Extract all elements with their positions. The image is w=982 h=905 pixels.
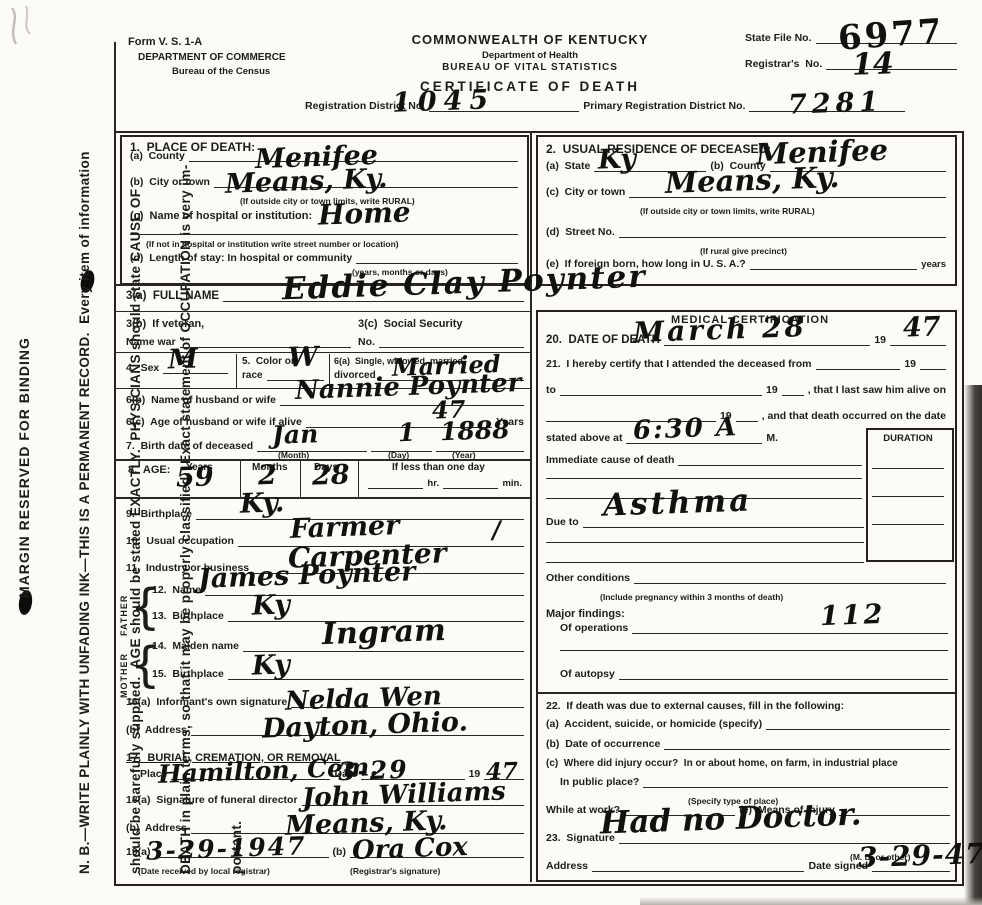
spouse-label: 6(b) Name of husband or wife (126, 394, 276, 406)
due-to-value: Asthma (603, 485, 753, 521)
age-years-value: 59 (176, 463, 214, 491)
certify-row-3: 19 , and that death occurred on the date (546, 410, 946, 422)
residence-city-label: (c) City or town (546, 186, 625, 198)
immediate-cause-line (678, 463, 862, 466)
operations-row: Of operations (560, 622, 948, 634)
immediate-cause-label: Immediate cause of death (546, 454, 674, 466)
autopsy-line (619, 677, 948, 680)
autopsy-label: Of autopsy (560, 668, 615, 680)
certify-text-2: , that I last saw him alive on (808, 384, 946, 396)
signature-address-label: Address (546, 860, 588, 872)
certify-text-1: 21. I hereby certify that I attended the… (546, 358, 812, 370)
scan-bottom-shadow (640, 897, 982, 905)
due-blank-line-2 (546, 562, 864, 563)
birthplace-label: 9. Birthplace (126, 508, 192, 520)
foreign-born-suffix: years (921, 259, 946, 270)
operations-label: Of operations (560, 622, 628, 634)
occurrence-date-row: (b) Date of occurrence (546, 738, 950, 750)
certify-row-2: to 19 , that I last saw him alive on (546, 384, 946, 396)
age-days-divider (358, 459, 359, 497)
occurrence-date-line (664, 747, 950, 750)
operations-value: 112 (820, 601, 886, 630)
certify-year-line-2 (782, 393, 804, 396)
major-findings-label: Major findings: (546, 608, 625, 620)
state-file-label: State File No. (745, 32, 812, 44)
date-of-death-year-line (890, 343, 946, 346)
other-conditions-label: Other conditions (546, 572, 630, 584)
street-no-note: (If rural give precinct) (700, 246, 787, 256)
age-less-label: If less than one day (392, 462, 485, 473)
age-min-line (443, 486, 498, 489)
external-section-divider (536, 692, 957, 694)
certify-text-3: , and that death occurred on the date (762, 410, 946, 422)
duration-line-3 (872, 524, 944, 525)
registrar-no-value: 14 (851, 49, 894, 80)
date-of-death-value: March 28 (633, 313, 808, 347)
public-place-row: In public place? (560, 776, 948, 788)
duration-label: DURATION (866, 433, 950, 444)
received-date-value: 3-29-1947 (146, 833, 307, 864)
mother-maiden-label: 14. Maiden name (152, 640, 239, 652)
stay-row: (d) Length of stay: In hospital or commu… (130, 252, 518, 264)
cause-blank-line-1 (546, 478, 862, 479)
public-place-label: In public place? (560, 776, 639, 788)
residence-state-value: Ky (598, 145, 637, 173)
bureau-of-census: Bureau of the Census (172, 66, 270, 77)
occurrence-date-label: (b) Date of occurrence (546, 738, 660, 750)
foreign-born-line (750, 267, 917, 270)
signature-address-line (592, 869, 804, 872)
social-security-label: 3(c) Social Security (358, 318, 463, 330)
ss-no-line (379, 345, 524, 348)
margin-nb-line1: N. B.—WRITE PLAINLY WITH UNFADING INK—TH… (78, 151, 93, 874)
other-conditions-row: Other conditions (546, 572, 946, 584)
certify-year-2: 19 (766, 384, 778, 396)
certify-line-1 (816, 367, 901, 370)
stated-above-label: stated above at (546, 432, 622, 444)
funeral-director-label: 18(a) Signature of funeral director (126, 794, 298, 806)
sex-value: M (168, 345, 199, 373)
birth-day-value: 1 (398, 420, 416, 446)
immediate-cause-row: Immediate cause of death (546, 454, 862, 466)
death-certificate-scan: MARGIN RESERVED FOR BINDING N. B.—WRITE … (0, 0, 982, 905)
hospital-value: Home (318, 198, 411, 229)
full-name-label: 3(a) FULL NAME (126, 290, 219, 302)
duration-line-1 (872, 468, 944, 469)
department-of-health: Department of Health (380, 50, 680, 61)
certify-year-line-3 (736, 419, 758, 422)
hospital-label: (c) Name of hospital or institution: (130, 210, 312, 222)
age-hr-min-row: hr. min. (368, 478, 522, 489)
age-days-value: 28 (312, 461, 350, 489)
time-of-death-value: 6:30 A (633, 414, 739, 444)
occupation-label: 10. Usual occupation (126, 535, 234, 547)
stay-label: (d) Length of stay: In hospital or commu… (130, 252, 352, 264)
father-birthplace-label: 13. Birthplace (152, 610, 224, 622)
city-value: Means, Ky. (225, 165, 388, 198)
other-conditions-line (634, 581, 946, 584)
registrar-no-label: Registrar's No. (745, 58, 822, 70)
scan-edge-shadow (964, 385, 982, 905)
age-row-bottom-line (114, 497, 530, 499)
department-of-commerce: DEPARTMENT OF COMMERCE (138, 52, 286, 63)
sex-label: 4. Sex (126, 362, 159, 374)
registrar-signature-value: Ora Cox (352, 834, 469, 864)
usual-residence-title: 2. USUAL RESIDENCE OF DECEASED: (546, 142, 771, 156)
commonwealth-title: COMMONWEALTH OF KENTUCKY (380, 32, 680, 47)
street-no-row: (d) Street No. (546, 226, 946, 238)
primary-district-value: 7281 (788, 88, 884, 118)
physician-signature-value: Had no Doctor. (600, 799, 862, 839)
father-birthplace-value: Ky (252, 591, 291, 619)
primary-district-label: Primary Registration District No. (583, 100, 745, 112)
name-war-line (180, 345, 351, 348)
father-name-value: James Poynter (198, 558, 416, 593)
color-race-label-1: 5. Color or (242, 356, 295, 367)
certify-to-label: to (546, 384, 556, 396)
birth-year-line (436, 449, 524, 452)
sex-cell-divider (236, 354, 237, 388)
age-min-label: min. (502, 478, 522, 489)
birth-year-value: 1888 (440, 417, 510, 444)
accident-label: (a) Accident, suicide, or homicide (spec… (546, 718, 762, 730)
hospital-line (130, 234, 518, 235)
autopsy-row: Of autopsy (560, 668, 948, 680)
received-date-note: (Date received by local registrar) (138, 866, 270, 876)
certify-year-line-1 (920, 367, 946, 370)
mother-birthplace-label: 15. Birthplace (152, 668, 224, 680)
county-label: (a) County (130, 150, 185, 162)
ss-no-row: No. (358, 336, 524, 348)
left-border-line (114, 42, 116, 134)
registrar-signature-note: (Registrar's signature) (350, 866, 440, 876)
bureau-vital-statistics: BUREAU OF VITAL STATISTICS (380, 62, 680, 73)
street-no-line (619, 235, 946, 238)
received-label-b: (b) (333, 846, 346, 858)
pen-scribble-icon (0, 0, 70, 80)
director-address-label: (b) Address (126, 822, 187, 834)
birth-month-value: Jan (272, 421, 319, 448)
age-hr-label: hr. (427, 478, 439, 489)
mother-side-label: MOTHER (119, 646, 129, 698)
public-place-line (643, 785, 948, 788)
due-to-line (583, 525, 864, 528)
informant-address-label: (b) Address (126, 724, 187, 736)
mother-birthplace-row: 15. Birthplace (152, 668, 524, 680)
full-name-bottom-line (114, 311, 530, 312)
margin-binding-text: MARGIN RESERVED FOR BINDING (16, 337, 32, 598)
residence-state-label: (a) State (546, 160, 590, 172)
certify-line-2 (560, 393, 762, 396)
color-race-label-2: race (242, 370, 263, 381)
injury-location-label: (c) Where did injury occur? In or about … (546, 758, 898, 769)
duration-line-2 (872, 496, 944, 497)
residence-city-note: (If outside city or town limits, write R… (640, 206, 815, 216)
registration-district-value: 1045 (392, 86, 496, 117)
date-of-death-year-value: 47 (903, 313, 941, 341)
mother-birthplace-value: Ky (252, 651, 291, 679)
due-to-label: Due to (546, 516, 579, 528)
other-conditions-note: (Include pregnancy within 3 months of de… (600, 592, 783, 602)
spouse-value: Nannie Poynter (295, 370, 522, 404)
certify-row-1: 21. I hereby certify that I attended the… (546, 358, 946, 370)
occupation-stray-mark: / (492, 518, 502, 542)
father-name-label: 12. Name (152, 584, 201, 596)
city-label: (b) City or town (130, 176, 210, 188)
hospital-note: (If not in hospital or institution write… (146, 239, 399, 249)
column-divider-line (530, 131, 532, 882)
accident-row: (a) Accident, suicide, or homicide (spec… (546, 718, 950, 730)
duration-box (866, 428, 954, 562)
informant-address-value: Dayton, Ohio. (262, 708, 469, 742)
certify-year-1: 19 (904, 358, 916, 370)
operations-blank-line (560, 650, 948, 651)
age-hr-line (368, 486, 423, 489)
form-number: Form V. S. 1-A (128, 36, 202, 48)
birth-date-label: 7. Birth date of deceased (126, 440, 253, 452)
father-side-label: FATHER (119, 588, 129, 636)
operations-line (632, 631, 948, 634)
birthplace-value: Ky. (240, 489, 285, 518)
mother-maiden-value: Ingram (322, 616, 447, 650)
ss-no-label: No. (358, 336, 375, 348)
due-blank-line-1 (546, 542, 864, 543)
informant-signature-label: 16(a) Informant's own signature (126, 696, 287, 708)
age-months-value: 2 (258, 462, 278, 490)
veteran-label: 3(b) If veteran, (126, 318, 204, 330)
age-label: 8. AGE: (128, 464, 170, 476)
age-months-divider (300, 459, 301, 497)
external-causes-title: 22. If death was due to external causes,… (546, 700, 844, 712)
street-no-label: (d) Street No. (546, 226, 615, 238)
accident-line (766, 727, 950, 730)
residence-city-value: Means, Ky. (665, 163, 840, 198)
date-signed-value: 3-29-47 (858, 840, 982, 872)
date-of-death-year-prefix: 19 (874, 334, 886, 346)
race-value: W (288, 343, 319, 371)
m-label: M. (766, 432, 778, 444)
